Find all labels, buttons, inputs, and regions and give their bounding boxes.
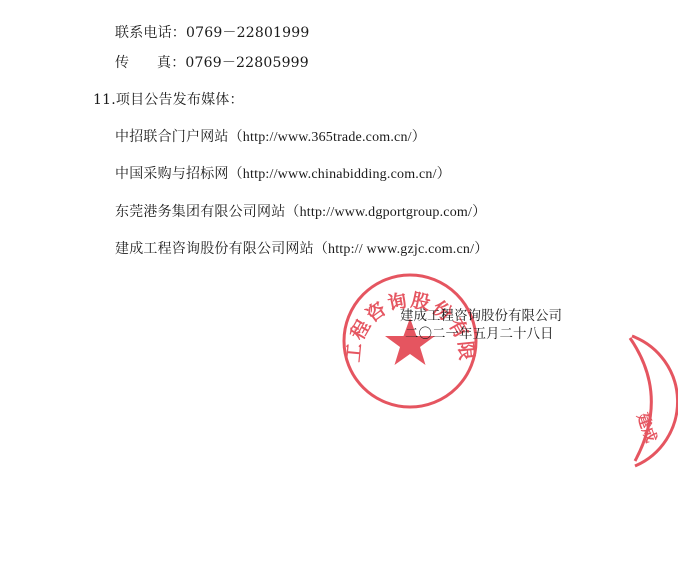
media-url: （http:// www.gzjc.com.cn/） (314, 242, 489, 257)
fax-value: 0769－22805999 (185, 55, 309, 71)
media-item: 中招联合门户网站（http://www.365trade.com.cn/） (115, 129, 426, 146)
phone-label: 联系电话： (115, 25, 186, 41)
contact-phone: 联系电话：0769－22801999 (115, 25, 310, 41)
media-url: （http://www.dgportgroup.com/） (285, 205, 486, 220)
fax-label-b: 真： (157, 55, 185, 71)
media-url: （http://www.365trade.com.cn/） (229, 130, 426, 145)
phone-value: 0769－22801999 (186, 25, 310, 41)
contact-fax: 传真：0769－22805999 (115, 55, 309, 71)
media-name: 建成工程咨询股份有限公司网站 (115, 241, 314, 257)
media-item: 中国采购与招标网（http://www.chinabidding.com.cn/… (115, 166, 451, 183)
media-item: 东莞港务集团有限公司网站（http://www.dgportgroup.com/… (115, 204, 486, 221)
media-url: （http://www.chinabidding.com.cn/） (229, 167, 451, 182)
svg-text:建成: 建成 (633, 411, 660, 445)
partial-seal-icon: 建成 (625, 326, 678, 476)
fax-label-a: 传 (115, 55, 157, 71)
media-name: 东莞港务集团有限公司网站 (115, 204, 285, 220)
signature-date: 二〇二一年五月二十八日 (405, 326, 554, 342)
media-name: 中招联合门户网站 (115, 129, 229, 145)
media-item: 建成工程咨询股份有限公司网站（http:// www.gzjc.com.cn/） (115, 241, 488, 258)
signature-company: 建成工程咨询股份有限公司 (400, 308, 562, 324)
section-11-heading: 11.项目公告发布媒体： (93, 92, 244, 108)
media-name: 中国采购与招标网 (115, 166, 229, 182)
